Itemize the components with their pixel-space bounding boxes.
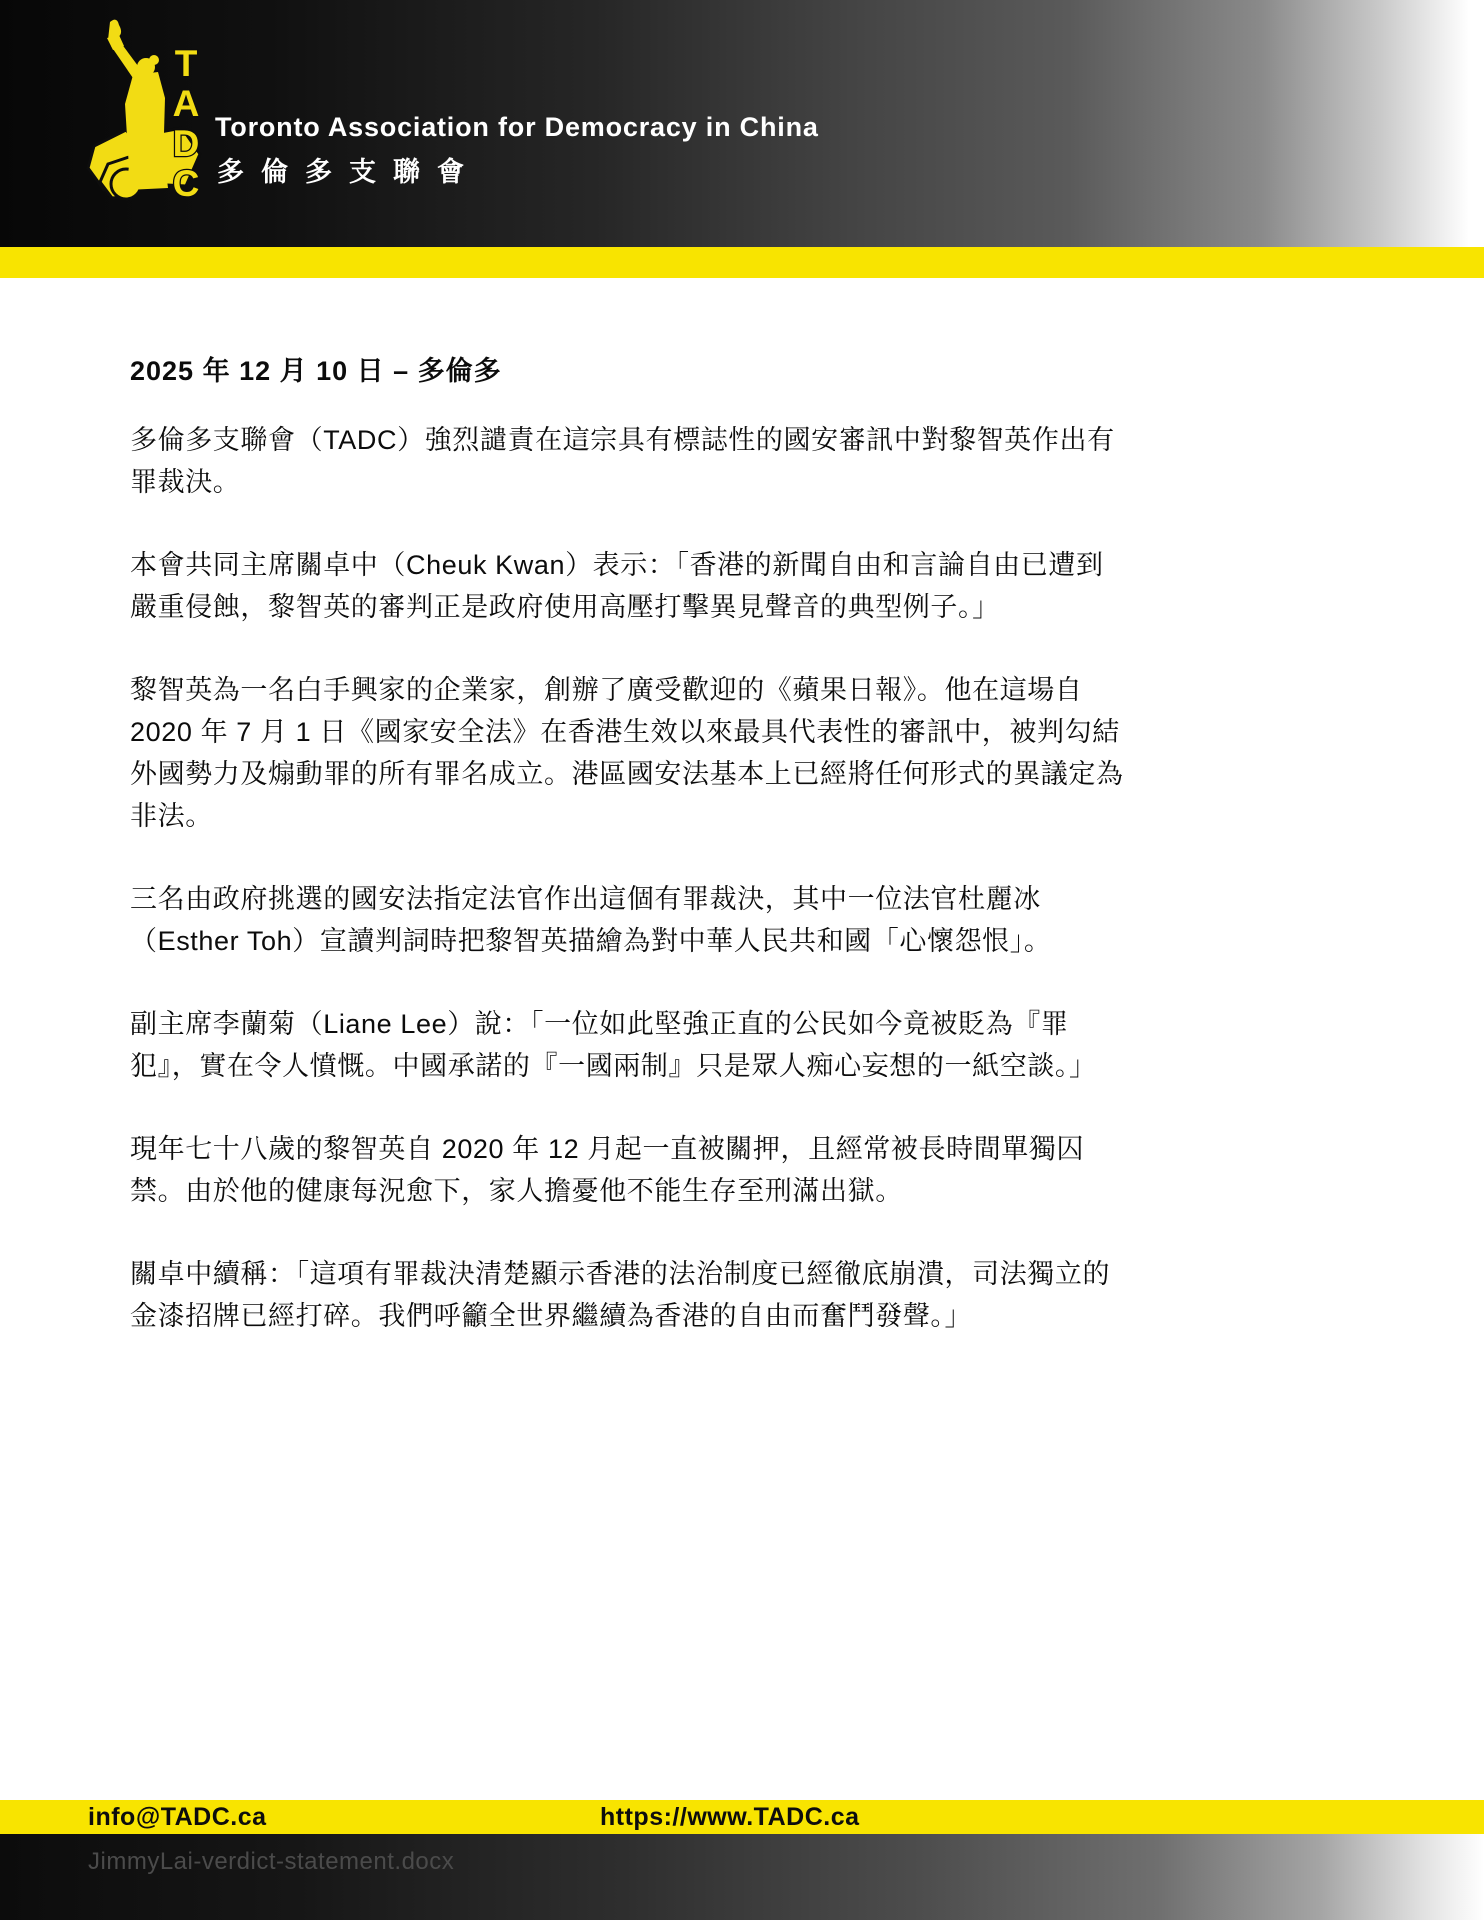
paragraph-line: 副主席李蘭菊（Liane Lee）說：「一位如此堅強正直的公民如今竟被貶為『罪 [130,1003,1424,1045]
paragraph-3: 黎智英為一名白手興家的企業家，創辦了廣受歡迎的《蘋果日報》。他在這場自 2020… [130,669,1424,837]
logo-letter-d: D [173,123,200,164]
paragraph-line: 金漆招牌已經打碎。我們呼籲全世界繼續為香港的自由而奮鬥發聲。」 [130,1295,1424,1337]
paragraph-line: 2020 年 7 月 1 日《國家安全法》在香港生效以來最具代表性的審訊中，被判… [130,711,1424,753]
org-title-english: Toronto Association for Democracy in Chi… [215,112,819,143]
paragraph-line: 罪裁決。 [130,461,1424,503]
logo-letter-c: C [173,163,200,204]
footer-email-link[interactable]: info@TADC.ca [88,1803,267,1832]
paragraph-line: 非法。 [130,795,1424,837]
page-footer: JimmyLai-verdict-statement.docx [0,1834,1484,1920]
paragraph-6: 現年七十八歲的黎智英自 2020 年 12 月起一直被關押，且經常被長時間單獨囚… [130,1128,1424,1212]
document-filename: JimmyLai-verdict-statement.docx [88,1848,454,1876]
goddess-of-democracy-icon: T A D C [82,18,217,213]
footer-website-link[interactable]: https://www.TADC.ca [600,1803,860,1832]
org-title-chinese: 多倫多支聯會 [217,150,481,189]
paragraph-line: 關卓中續稱：「這項有罪裁決清楚顯示香港的法治制度已經徹底崩潰，司法獨立的 [130,1253,1424,1295]
date-heading: 2025 年 12 月 10 日 – 多倫多 [130,350,1424,392]
top-accent-bar [0,247,1484,278]
paragraph-2: 本會共同主席關卓中（Cheuk Kwan）表示：「香港的新聞自由和言論自由已遭到… [130,544,1424,628]
paragraph-4: 三名由政府挑選的國安法指定法官作出這個有罪裁決，其中一位法官杜麗冰 （Esthe… [130,878,1424,962]
page-header: T A D C Toronto Association for Democrac… [0,0,1484,247]
document-body: 2025 年 12 月 10 日 – 多倫多 多倫多支聯會（TADC）強烈譴責在… [0,278,1484,1800]
paragraph-1: 多倫多支聯會（TADC）強烈譴責在這宗具有標誌性的國安審訊中對黎智英作出有 罪裁… [130,419,1424,503]
logo-letter-t: T [175,43,198,84]
paragraph-line: 外國勢力及煽動罪的所有罪名成立。港區國安法基本上已經將任何形式的異議定為 [130,753,1424,795]
paragraph-line: 禁。由於他的健康每況愈下，家人擔憂他不能生存至刑滿出獄。 [130,1170,1424,1212]
tadc-logo: T A D C [82,18,217,213]
paragraph-line: 現年七十八歲的黎智英自 2020 年 12 月起一直被關押，且經常被長時間單獨囚 [130,1128,1424,1170]
paragraph-line: 犯』，實在令人憤慨。中國承諾的『一國兩制』只是眾人痴心妄想的一紙空談。」 [130,1045,1424,1087]
paragraph-line: 黎智英為一名白手興家的企業家，創辦了廣受歡迎的《蘋果日報》。他在這場自 [130,669,1424,711]
paragraph-line: （Esther Toh）宣讀判詞時把黎智英描繪為對中華人民共和國「心懷怨恨」。 [130,920,1424,962]
bottom-accent-bar: info@TADC.ca https://www.TADC.ca [0,1800,1484,1834]
paragraph-line: 多倫多支聯會（TADC）強烈譴責在這宗具有標誌性的國安審訊中對黎智英作出有 [130,419,1424,461]
paragraph-5: 副主席李蘭菊（Liane Lee）說：「一位如此堅強正直的公民如今竟被貶為『罪 … [130,1003,1424,1087]
paragraph-line: 嚴重侵蝕，黎智英的審判正是政府使用高壓打擊異見聲音的典型例子。」 [130,586,1424,628]
paragraph-line: 三名由政府挑選的國安法指定法官作出這個有罪裁決，其中一位法官杜麗冰 [130,878,1424,920]
paragraph-7: 關卓中續稱：「這項有罪裁決清楚顯示香港的法治制度已經徹底崩潰，司法獨立的 金漆招… [130,1253,1424,1337]
logo-letter-a: A [173,83,200,124]
paragraph-line: 本會共同主席關卓中（Cheuk Kwan）表示：「香港的新聞自由和言論自由已遭到 [130,544,1424,586]
